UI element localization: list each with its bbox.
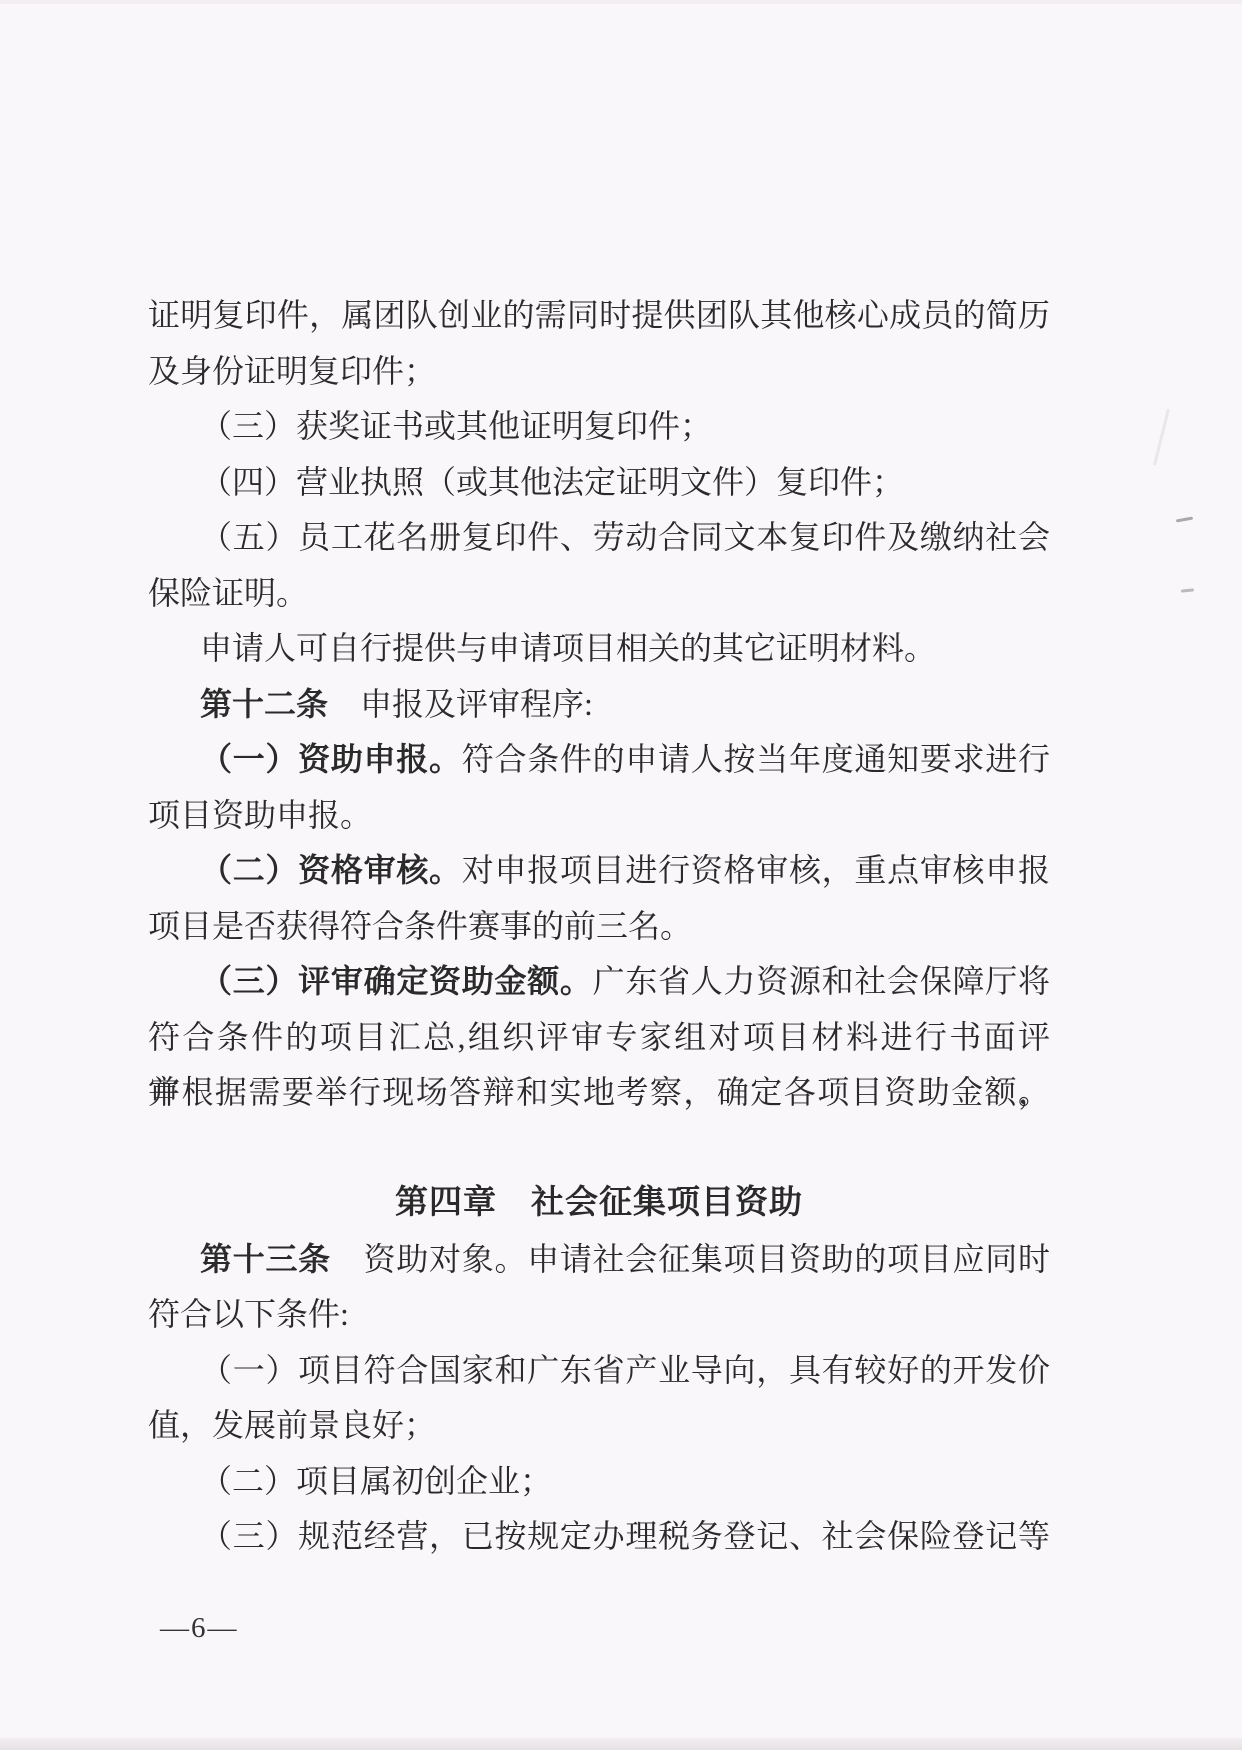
text-line: 保险证明。: [148, 566, 1050, 622]
scan-dash-artifact: [1176, 517, 1193, 523]
text-line: （五）员工花名册复印件、劳动合同文本复印件及缴纳社会: [148, 510, 1050, 566]
scan-streak-artifact: [1153, 408, 1170, 465]
text-segment: 符合条件的申请人按当年度通知要求进行: [462, 741, 1050, 777]
text-line: 项目资助申报。: [148, 788, 1050, 844]
bold-text-segment: （二）资格审核。: [200, 852, 462, 888]
text-segment: 项目是否获得符合条件赛事的前三名。: [148, 908, 692, 944]
text-line: （四）营业执照（或其他法定证明文件）复印件；: [148, 455, 1050, 511]
bold-text-segment: （三）评审确定资助金额。: [200, 963, 593, 999]
text-line: 第十二条 申报及评审程序:: [148, 677, 1050, 733]
document-page: 证明复印件，属团队创业的需同时提供团队其他核心成员的简历及身份证明复印件；（三）…: [0, 0, 1242, 1750]
text-line: 申请人可自行提供与申请项目相关的其它证明材料。: [148, 621, 1050, 677]
scan-bottom-edge: [0, 1738, 1242, 1750]
text-segment: 申报及评审程序:: [328, 686, 593, 722]
text-line: 符合条件的项目汇总,组织评审专家组对项目材料进行书面评审，: [148, 1010, 1050, 1066]
text-line: （二）资格审核。对申报项目进行资格审核，重点审核申报: [148, 843, 1050, 899]
text-segment: 证明复印件，属团队创业的需同时提供团队其他核心成员的简历: [148, 297, 1050, 333]
text-line: 及身份证明复印件；: [148, 344, 1050, 400]
text-segment: 保险证明。: [148, 575, 308, 611]
text-segment: （三）规范经营，已按规定办理税务登记、社会保险登记等: [200, 1518, 1050, 1554]
page-number: —6—: [160, 1608, 239, 1648]
text-segment: 申请人可自行提供与申请项目相关的其它证明材料。: [200, 630, 936, 666]
text-segment: 值，发展前景良好；: [148, 1407, 436, 1443]
text-segment: 符合以下条件:: [148, 1296, 349, 1332]
text-line: （二）项目属初创企业；: [148, 1454, 1050, 1510]
text-line: （一）项目符合国家和广东省产业导向，具有较好的开发价: [148, 1343, 1050, 1399]
bold-text-segment: 第十三条: [200, 1241, 331, 1277]
text-segment: 并根据需要举行现场答辩和实地考察，确定各项目资助金额。: [148, 1074, 1050, 1110]
text-segment: 及身份证明复印件；: [148, 353, 436, 389]
text-line: 值，发展前景良好；: [148, 1398, 1050, 1454]
text-line: （三）获奖证书或其他证明复印件；: [148, 399, 1050, 455]
text-segment: 项目资助申报。: [148, 797, 372, 833]
scan-dash-artifact: [1181, 588, 1194, 592]
document-body: 证明复印件，属团队创业的需同时提供团队其他核心成员的简历及身份证明复印件；（三）…: [148, 288, 1050, 1565]
text-segment: 对申报项目进行资格审核，重点审核申报: [462, 852, 1050, 888]
text-segment: （五）员工花名册复印件、劳动合同文本复印件及缴纳社会: [200, 519, 1050, 555]
bold-text-segment: 第四章 社会征集项目资助: [395, 1185, 803, 1221]
text-line: （三）评审确定资助金额。广东省人力资源和社会保障厅将: [148, 954, 1050, 1010]
text-line: （一）资助申报。符合条件的申请人按当年度通知要求进行: [148, 732, 1050, 788]
chapter-heading: 第四章 社会征集项目资助: [148, 1176, 1050, 1232]
blank-line: [148, 1121, 1050, 1177]
bold-text-segment: （一）资助申报。: [200, 741, 462, 777]
text-segment: 广东省人力资源和社会保障厅将: [593, 963, 1050, 999]
text-line: 第十三条 资助对象。申请社会征集项目资助的项目应同时: [148, 1232, 1050, 1288]
text-line: 项目是否获得符合条件赛事的前三名。: [148, 899, 1050, 955]
text-line: 符合以下条件:: [148, 1287, 1050, 1343]
bold-text-segment: 第十二条: [200, 686, 328, 722]
text-segment: （二）项目属初创企业；: [200, 1463, 552, 1499]
text-line: 并根据需要举行现场答辩和实地考察，确定各项目资助金额。: [148, 1065, 1050, 1121]
scan-top-edge: [0, 0, 1242, 4]
text-segment: 资助对象。申请社会征集项目资助的项目应同时: [331, 1241, 1050, 1277]
text-line: （三）规范经营，已按规定办理税务登记、社会保险登记等: [148, 1509, 1050, 1565]
text-line: 证明复印件，属团队创业的需同时提供团队其他核心成员的简历: [148, 288, 1050, 344]
text-segment: （四）营业执照（或其他法定证明文件）复印件；: [200, 464, 904, 500]
text-segment: （一）项目符合国家和广东省产业导向，具有较好的开发价: [200, 1352, 1050, 1388]
text-segment: （三）获奖证书或其他证明复印件；: [200, 408, 712, 444]
